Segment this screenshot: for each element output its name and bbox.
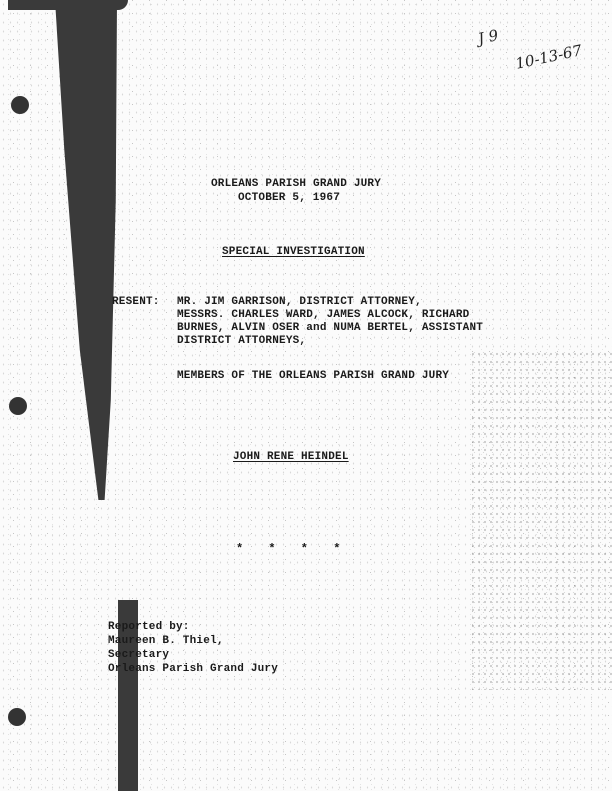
members-line: MEMBERS OF THE ORLEANS PARISH GRAND JURY bbox=[177, 370, 449, 383]
header-date: OCTOBER 5, 1967 bbox=[238, 192, 340, 205]
punch-hole-icon bbox=[9, 397, 27, 415]
witness-name: JOHN RENE HEINDEL bbox=[233, 451, 349, 464]
reporter-line: Maureen B. Thiel, bbox=[108, 635, 224, 648]
separator-stars: * * * * bbox=[236, 542, 340, 556]
document-title: SPECIAL INVESTIGATION bbox=[222, 246, 365, 259]
punch-hole-icon bbox=[11, 96, 29, 114]
bleed-through-marks bbox=[470, 350, 612, 690]
present-line: MESSRS. CHARLES WARD, JAMES ALCOCK, RICH… bbox=[177, 309, 469, 322]
reporter-line: Reported by: bbox=[108, 621, 190, 634]
document-page: J 9 10-13-67 ORLEANS PARISH GRAND JURY O… bbox=[0, 0, 612, 791]
header-line1: ORLEANS PARISH GRAND JURY bbox=[211, 178, 381, 191]
reporter-line: Orleans Parish Grand Jury bbox=[108, 663, 278, 676]
handwritten-note-line2: 10-13-67 bbox=[514, 41, 584, 73]
present-line: DISTRICT ATTORNEYS, bbox=[177, 335, 306, 348]
handwritten-note-line1: J 9 bbox=[476, 26, 500, 48]
punch-hole-icon bbox=[8, 708, 26, 726]
reporter-line: Secretary bbox=[108, 649, 169, 662]
present-line: MR. JIM GARRISON, DISTRICT ATTORNEY, bbox=[177, 296, 422, 309]
photocopy-shadow-strip bbox=[55, 0, 117, 500]
present-line: BURNES, ALVIN OSER and NUMA BERTEL, ASSI… bbox=[177, 322, 483, 335]
present-label: RESENT: bbox=[112, 296, 160, 309]
